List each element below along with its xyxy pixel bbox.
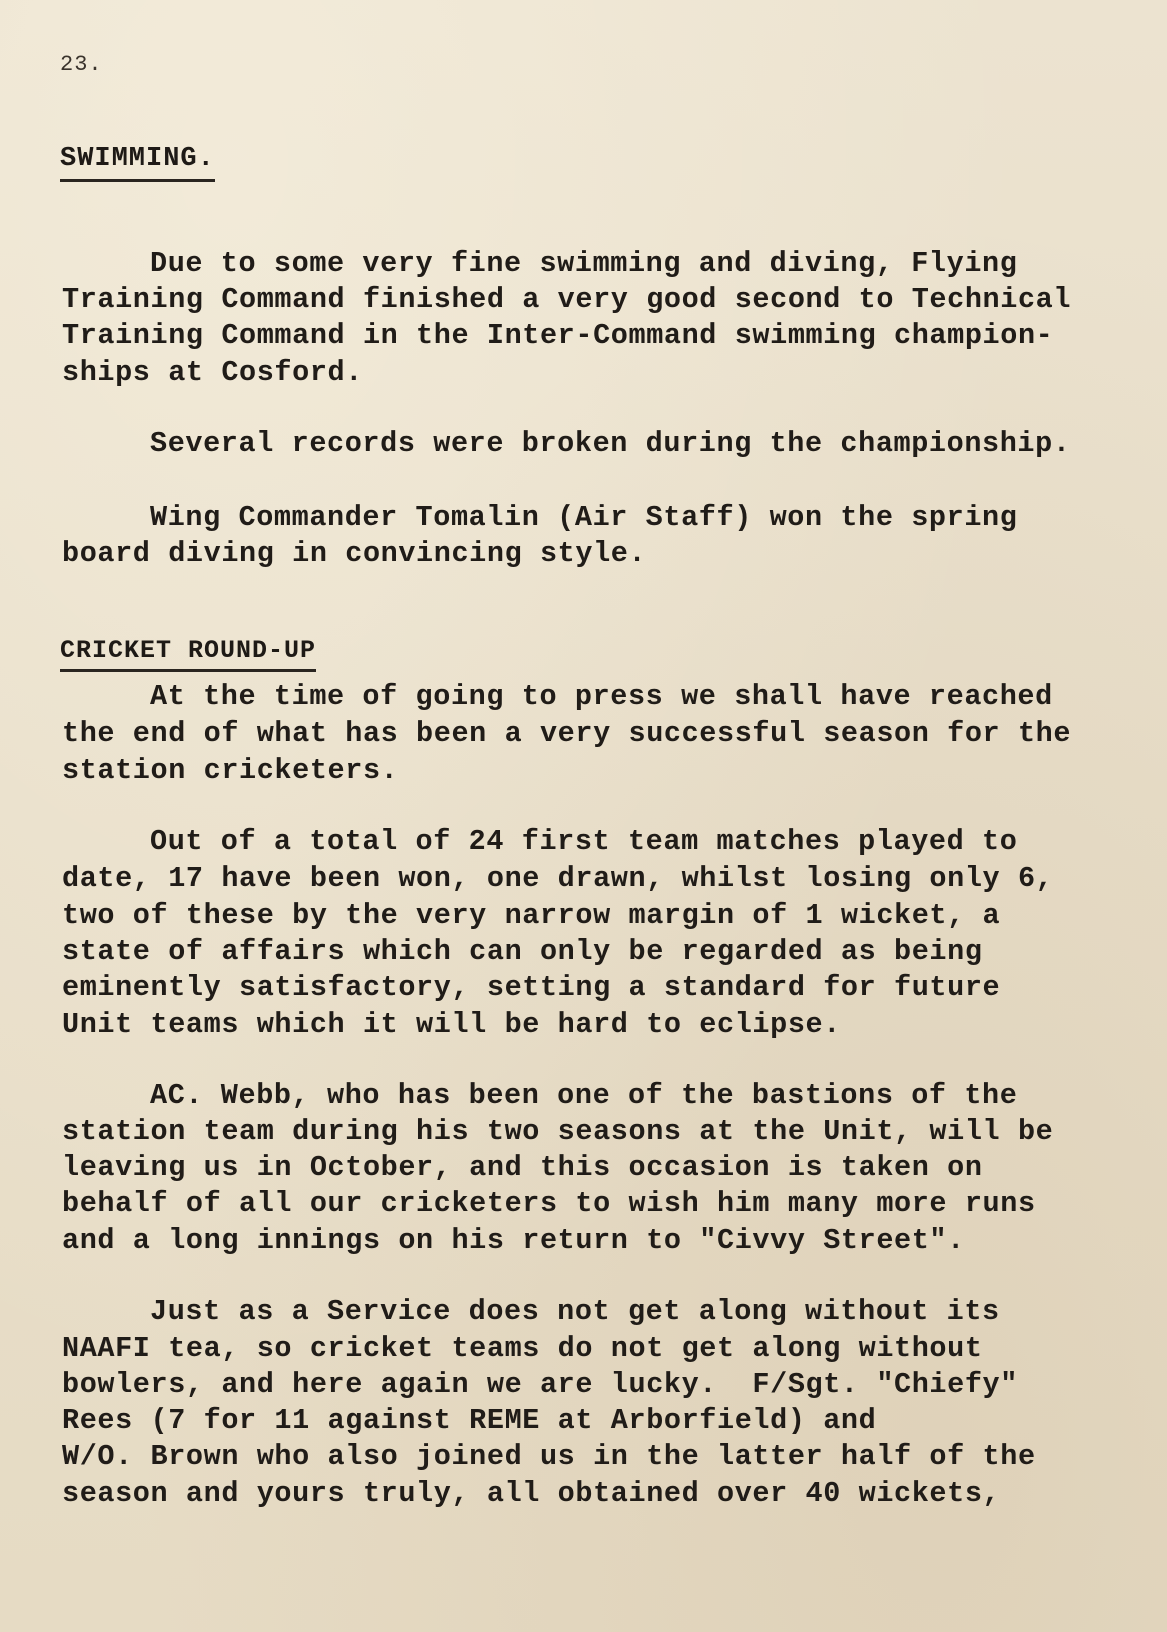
text-line: Just as a Service does not get along wit… bbox=[150, 1298, 1000, 1327]
text-line: eminently satisfactory, setting a standa… bbox=[62, 974, 1000, 1003]
text-line: NAAFI tea, so cricket teams do not get a… bbox=[62, 1335, 983, 1364]
text-line: Out of a total of 24 first team matches … bbox=[150, 828, 1017, 857]
text-line: behalf of all our cricketers to wish him… bbox=[62, 1190, 1036, 1219]
text-line: board diving in convincing style. bbox=[62, 540, 646, 569]
text-line: Due to some very fine swimming and divin… bbox=[150, 250, 1017, 279]
text-line: state of affairs which can only be regar… bbox=[62, 938, 983, 967]
text-line: the end of what has been a very successf… bbox=[62, 720, 1071, 749]
text-line: two of these by the very narrow margin o… bbox=[62, 902, 1000, 931]
text-line: At the time of going to press we shall h… bbox=[150, 683, 1053, 712]
text-line: Unit teams which it will be hard to ecli… bbox=[62, 1011, 841, 1040]
text-line: Training Command finished a very good se… bbox=[62, 286, 1071, 315]
section-heading-swimming: SWIMMING. bbox=[60, 146, 215, 182]
text-line: station team during his two seasons at t… bbox=[62, 1118, 1053, 1147]
text-line: Wing Commander Tomalin (Air Staff) won t… bbox=[150, 504, 1017, 533]
text-line: AC. Webb, who has been one of the bastio… bbox=[150, 1082, 1017, 1111]
text-line: and a long innings on his return to "Civ… bbox=[62, 1227, 965, 1256]
document-page: 23. SWIMMING. Due to some very fine swim… bbox=[0, 0, 1167, 1632]
page-number: 23. bbox=[60, 52, 103, 77]
text-line: date, 17 have been won, one drawn, whils… bbox=[62, 865, 1053, 894]
text-line: leaving us in October, and this occasion… bbox=[62, 1154, 983, 1183]
section-heading-cricket: CRICKET ROUND-UP bbox=[60, 638, 316, 672]
text-line: bowlers, and here again we are lucky. F/… bbox=[62, 1371, 1018, 1400]
text-line: Several records were broken during the c… bbox=[150, 430, 1071, 459]
text-line: season and yours truly, all obtained ove… bbox=[62, 1480, 1000, 1509]
text-line: station cricketers. bbox=[62, 757, 398, 786]
text-line: W/O. Brown who also joined us in the lat… bbox=[62, 1443, 1036, 1472]
text-line: Rees (7 for 11 against REME at Arborfiel… bbox=[62, 1407, 876, 1436]
text-line: ships at Cosford. bbox=[62, 359, 363, 388]
text-line: Training Command in the Inter-Command sw… bbox=[62, 322, 1053, 351]
